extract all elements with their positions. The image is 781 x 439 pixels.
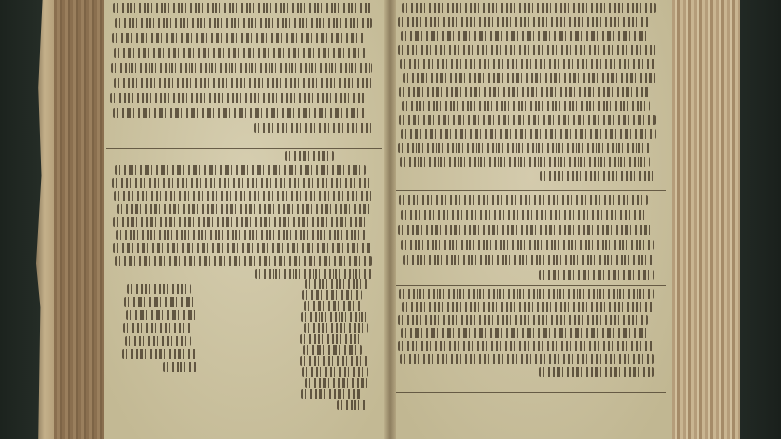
section-divider-rule <box>394 190 666 191</box>
right-middle-handwritten-line <box>401 209 648 221</box>
left-middle-handwritten-line <box>116 229 366 241</box>
left-middle-handwritten-line <box>117 203 372 215</box>
left-list-a-handwritten-line <box>126 309 197 321</box>
left-list-a-handwritten-line <box>122 348 197 360</box>
left-middle-handwritten-line <box>115 164 366 176</box>
right-top-handwritten-line <box>401 128 656 140</box>
left-list-a-handwritten-line <box>127 283 191 295</box>
left-top-handwritten-line <box>114 77 372 89</box>
left-top-handwritten-line <box>113 2 372 14</box>
right-top-handwritten-line <box>399 86 650 98</box>
left-list-a-handwritten-line <box>124 296 197 308</box>
right-top-handwritten-line <box>399 114 656 126</box>
section-divider-rule <box>394 392 666 393</box>
left-list-a-handwritten-line <box>125 335 191 347</box>
right-top-handwritten-line <box>402 2 656 14</box>
left-middle-handwritten-line <box>114 190 372 202</box>
right-top-handwritten-line <box>398 44 656 56</box>
book-binding-edge <box>54 0 106 439</box>
right-lower-handwritten-line <box>539 366 654 378</box>
section-divider-rule <box>106 148 382 149</box>
dark-background-right <box>735 0 781 439</box>
right-lower-handwritten-line <box>398 340 654 352</box>
right-lower-handwritten-line <box>399 288 654 300</box>
right-top-handwritten-line <box>403 72 656 84</box>
right-middle-handwritten-line <box>399 194 648 206</box>
left-middle-handwritten-line <box>113 242 372 254</box>
left-list-a-handwritten-line <box>163 361 197 373</box>
page-stack-edge <box>672 0 740 439</box>
left-list-a-handwritten-line <box>123 322 191 334</box>
right-lower-handwritten-line <box>402 301 654 313</box>
right-lower-handwritten-line <box>400 353 654 365</box>
right-lower-handwritten-line <box>398 314 648 326</box>
left-top-handwritten-line <box>113 107 366 119</box>
left-middle-handwritten-line <box>113 216 366 228</box>
left-page <box>104 0 390 439</box>
left-top-handwritten-line <box>112 32 366 44</box>
right-lower-handwritten-line <box>401 327 648 339</box>
left-middle-handwritten-line <box>112 177 372 189</box>
right-middle-handwritten-line <box>403 254 654 266</box>
right-top-handwritten-line <box>400 156 650 168</box>
right-middle-handwritten-line <box>398 224 654 236</box>
left-list-b-handwritten-line <box>337 399 368 411</box>
left-top-handwritten-line <box>115 17 372 29</box>
right-top-handwritten-line <box>398 142 650 154</box>
left-top-handwritten-line <box>111 62 372 74</box>
left-top-handwritten-line <box>114 47 366 59</box>
right-page <box>390 0 672 439</box>
left-top-handwritten-line <box>110 92 366 104</box>
left-top-handwritten-line <box>254 122 372 134</box>
right-middle-handwritten-line <box>539 269 654 281</box>
right-top-handwritten-line <box>402 100 650 112</box>
right-middle-handwritten-line <box>401 239 654 251</box>
left-middle-handwritten-line <box>115 255 372 267</box>
right-top-handwritten-line <box>540 170 656 182</box>
right-top-handwritten-line <box>400 58 656 70</box>
open-manuscript-book <box>36 0 740 439</box>
book-gutter <box>384 0 396 439</box>
right-top-handwritten-line <box>398 16 650 28</box>
left-heading-handwritten-line <box>285 150 335 162</box>
right-top-handwritten-line <box>401 30 650 42</box>
section-divider-rule <box>394 285 666 286</box>
